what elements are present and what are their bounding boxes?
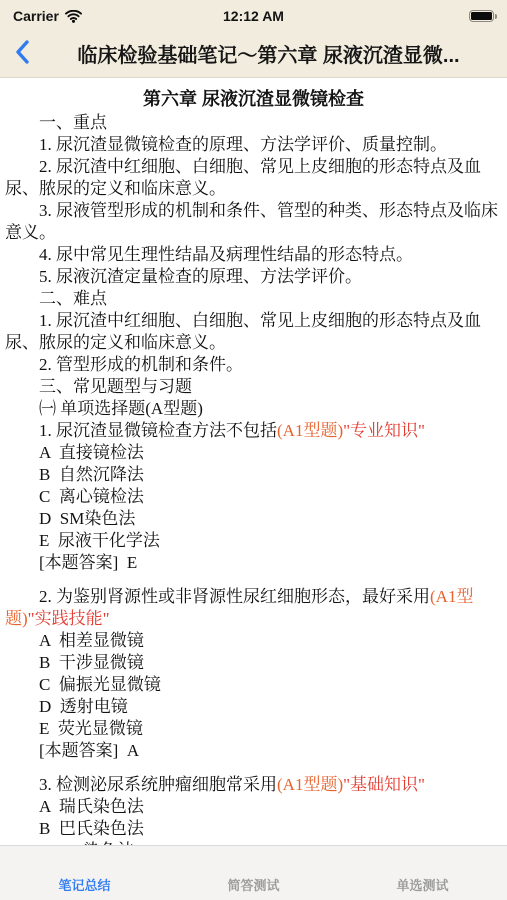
status-bar: Carrier 12:12 AM [0,0,507,30]
option-line: D 透射电镜 [5,696,502,718]
option-line: B 自然沉降法 [5,464,502,486]
tab-label: 单选测试 [396,875,448,894]
chapter-heading: 第六章 尿液沉渣显微镜检查 [5,88,502,110]
question-line: 2. 为鉴别肾源性或非肾源性尿红细胞形态，最好采用(A1型题)"实践技能" [5,586,502,630]
answer-line: [本题答案] E [5,552,502,574]
battery-icon [469,10,494,22]
list-item: 1. 尿沉渣中红细胞、白细胞、常见上皮细胞的形态特点及血尿、脓尿的定义和临床意义… [5,310,502,354]
list-item: 1. 尿沉渣显微镜检查的原理、方法学评价、质量控制。 [5,134,502,156]
answer-line: [本题答案] A [5,740,502,762]
option-line: A 瑞氏染色法 [5,796,502,818]
option-line: B 干涉显微镜 [5,652,502,674]
battery-nub [495,14,498,19]
question-line: 3. 检测泌尿系统肿瘤细胞常采用(A1型题)"基础知识" [5,774,502,796]
status-bar-left: Carrier [13,8,173,24]
app-screen: Carrier 12:12 AM [0,0,507,900]
status-bar-right [334,10,494,22]
status-time: 12:12 AM [173,8,333,24]
section-title: 一、重点 [5,112,502,134]
nav-bar: 临床检验基础笔记～第六章 尿液沉渣显微... [0,30,507,78]
list-item: 2. 尿沉渣中红细胞、白细胞、常见上皮细胞的形态特点及血尿、脓尿的定义和临床意义… [5,156,502,200]
list-item: 5. 尿液沉渣定量检查的原理、方法学评价。 [5,266,502,288]
tab-label: 笔记总结 [58,875,110,894]
question-line: 1. 尿沉渣显微镜检查方法不包括(A1型题)"专业知识" [5,420,502,442]
wifi-icon [65,10,82,23]
option-line: A 相差显微镜 [5,630,502,652]
content-body: 一、重点1. 尿沉渣显微镜检查的原理、方法学评价、质量控制。2. 尿沉渣中红细胞… [5,112,502,845]
nav-title: 临床检验基础笔记～第六章 尿液沉渣显微... [0,39,507,68]
tab-bar: 笔记总结 简答测试 单选测试 [0,845,507,900]
section-title: 二、难点 [5,288,502,310]
tab-short-answer-test[interactable]: 简答测试 [169,846,338,900]
option-line: E 尿液干化学法 [5,530,502,552]
subsection-title: ㈠ 单项选择题(A型题) [5,398,502,420]
option-line: A 直接镜检法 [5,442,502,464]
option-line: C 偏振光显微镜 [5,674,502,696]
back-button[interactable] [2,30,42,77]
option-line: C 离心镜检法 [5,486,502,508]
tab-label: 简答测试 [227,875,279,894]
content-scroll-area[interactable]: 第六章 尿液沉渣显微镜检查 一、重点1. 尿沉渣显微镜检查的原理、方法学评价、质… [0,78,507,845]
option-line: B 巴氏染色法 [5,818,502,840]
tab-single-choice-test[interactable]: 单选测试 [338,846,507,900]
list-item: 3. 尿液管型形成的机制和条件、管型的种类、形态特点及临床意义。 [5,200,502,244]
list-item: 2. 管型形成的机制和条件。 [5,354,502,376]
option-line: E 荧光显微镜 [5,718,502,740]
option-line: D SM染色法 [5,508,502,530]
section-title: 三、常见题型与习题 [5,376,502,398]
battery-fill [471,12,492,20]
tab-notes-summary[interactable]: 笔记总结 [0,846,169,900]
chevron-left-icon [15,40,29,67]
carrier-label: Carrier [13,8,59,24]
list-item: 4. 尿中常见生理性结晶及病理性结晶的形态特点。 [5,244,502,266]
